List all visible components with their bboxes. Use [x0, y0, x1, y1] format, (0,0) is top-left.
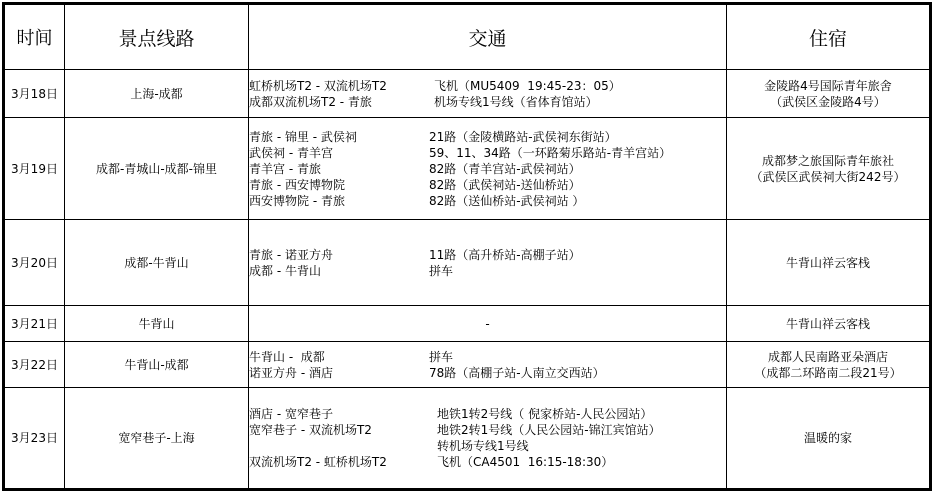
header-transport: 交通: [249, 4, 727, 70]
lodging-name: 牛背山祥云客栈: [727, 316, 929, 332]
transport-mode: 拼车: [429, 263, 453, 279]
lodging-cell: 成都人民南路亚朵酒店 （成都二环路南二段21号）: [727, 342, 931, 388]
date-cell: 3月23日: [4, 388, 65, 490]
transport-mode: 82路（青羊宫站-武侯祠站）: [429, 161, 581, 177]
table-row: 3月21日 牛背山 - 牛背山祥云客栈: [4, 306, 931, 342]
transport-cell: 酒店 - 宽窄巷子 地铁1转2号线（ 倪家桥站-人民公园站） 宽窄巷子 - 双流…: [249, 388, 727, 490]
transport-from-to: 成都双流机场T2 - 青旅: [249, 94, 434, 110]
lodging-cell: 温暖的家: [727, 388, 931, 490]
transport-mode: 78路（高棚子站-人南立交西站）: [429, 365, 605, 381]
route-cell: 成都-牛背山: [65, 220, 249, 306]
transport-mode: 地铁2转1号线（人民公园站-锦江宾馆站）: [437, 422, 661, 438]
transport-mode: 飞机（MU5409 19:45-23：05）: [434, 78, 621, 94]
transport-mode: 59、11、34路（一环路菊乐路站-青羊宫站）: [429, 145, 671, 161]
table-row: 3月20日 成都-牛背山 青旅 - 诺亚方舟 11路（高升桥站-高棚子站） 成都…: [4, 220, 931, 306]
date-cell: 3月21日: [4, 306, 65, 342]
table-row: 3月18日 上海-成都 虹桥机场T2 - 双流机场T2 飞机（MU5409 19…: [4, 70, 931, 118]
route-cell: 成都-青城山-成都-锦里: [65, 118, 249, 220]
transport-mode: 82路（武侯祠站-送仙桥站）: [429, 177, 581, 193]
lodging-cell: 牛背山祥云客栈: [727, 220, 931, 306]
lodging-address: （武侯区金陵路4号）: [727, 94, 929, 110]
transport-line: 成都双流机场T2 - 青旅 机场专线1号线（省体育馆站）: [249, 94, 726, 110]
transport-line: 武侯祠 - 青羊宫 59、11、34路（一环路菊乐路站-青羊宫站）: [249, 145, 726, 161]
transport-mode: 飞机（CA4501 16:15-18:30）: [437, 454, 613, 470]
transport-line: 虹桥机场T2 - 双流机场T2 飞机（MU5409 19:45-23：05）: [249, 78, 726, 94]
lodging-address: （成都二环路南二段21号）: [727, 365, 929, 381]
route-cell: 牛背山: [65, 306, 249, 342]
date-cell: 3月19日: [4, 118, 65, 220]
transport-cell: 青旅 - 锦里 - 武侯祠 21路（金陵横路站-武侯祠东街站） 武侯祠 - 青羊…: [249, 118, 727, 220]
transport-from-to: 诺亚方舟 - 酒店: [249, 365, 429, 381]
transport-from-to: 酒店 - 宽窄巷子: [249, 406, 437, 422]
transport-mode: 机场专线1号线（省体育馆站）: [434, 94, 598, 110]
itinerary-table: 时间 景点线路 交通 住宿 3月18日 上海-成都 虹桥机场T2 - 双流机场T…: [2, 2, 932, 491]
transport-cell: 青旅 - 诺亚方舟 11路（高升桥站-高棚子站） 成都 - 牛背山 拼车: [249, 220, 727, 306]
lodging-cell: 成都梦之旅国际青年旅社 （武侯区武侯祠大街242号）: [727, 118, 931, 220]
lodging-name: 牛背山祥云客栈: [727, 255, 929, 271]
transport-mode: 转机场专线1号线: [437, 438, 529, 454]
table-row: 3月23日 宽窄巷子-上海 酒店 - 宽窄巷子 地铁1转2号线（ 倪家桥站-人民…: [4, 388, 931, 490]
transport-line: 酒店 - 宽窄巷子 地铁1转2号线（ 倪家桥站-人民公园站）: [249, 406, 726, 422]
transport-from-to: 青羊宫 - 青旅: [249, 161, 429, 177]
header-row: 时间 景点线路 交通 住宿: [4, 4, 931, 70]
header-route: 景点线路: [65, 4, 249, 70]
lodging-cell: 牛背山祥云客栈: [727, 306, 931, 342]
transport-line: 成都 - 牛背山 拼车: [249, 263, 726, 279]
table-row: 3月19日 成都-青城山-成都-锦里 青旅 - 锦里 - 武侯祠 21路（金陵横…: [4, 118, 931, 220]
transport-line: 西安博物院 - 青旅 82路（送仙桥站-武侯祠站 ）: [249, 193, 726, 209]
transport-from-to: [249, 438, 437, 454]
transport-line: 诺亚方舟 - 酒店 78路（高棚子站-人南立交西站）: [249, 365, 726, 381]
transport-mode: 11路（高升桥站-高棚子站）: [429, 247, 581, 263]
transport-from-to: 武侯祠 - 青羊宫: [249, 145, 429, 161]
transport-line: 转机场专线1号线: [249, 438, 726, 454]
date-cell: 3月20日: [4, 220, 65, 306]
transport-from-to: 成都 - 牛背山: [249, 263, 429, 279]
date-cell: 3月18日: [4, 70, 65, 118]
transport-cell: -: [249, 306, 727, 342]
transport-line: 双流机场T2 - 虹桥机场T2 飞机（CA4501 16:15-18:30）: [249, 454, 726, 470]
lodging-address: （武侯区武侯祠大街242号）: [727, 169, 929, 185]
header-time: 时间: [4, 4, 65, 70]
transport-cell: 虹桥机场T2 - 双流机场T2 飞机（MU5409 19:45-23：05） 成…: [249, 70, 727, 118]
transport-from-to: 青旅 - 西安博物院: [249, 177, 429, 193]
transport-line: 宽窄巷子 - 双流机场T2 地铁2转1号线（人民公园站-锦江宾馆站）: [249, 422, 726, 438]
route-cell: 上海-成都: [65, 70, 249, 118]
route-cell: 牛背山-成都: [65, 342, 249, 388]
transport-from-to: 牛背山 - 成都: [249, 349, 429, 365]
lodging-cell: 金陵路4号国际青年旅舍 （武侯区金陵路4号）: [727, 70, 931, 118]
lodging-name: 成都梦之旅国际青年旅社: [727, 153, 929, 169]
transport-line: 青羊宫 - 青旅 82路（青羊宫站-武侯祠站）: [249, 161, 726, 177]
transport-mode: 拼车: [429, 349, 453, 365]
transport-mode: 地铁1转2号线（ 倪家桥站-人民公园站）: [437, 406, 652, 422]
transport-line: 青旅 - 诺亚方舟 11路（高升桥站-高棚子站）: [249, 247, 726, 263]
transport-from-to: 双流机场T2 - 虹桥机场T2: [249, 454, 437, 470]
lodging-name: 金陵路4号国际青年旅舍: [727, 78, 929, 94]
transport-mode: 82路（送仙桥站-武侯祠站 ）: [429, 193, 584, 209]
lodging-name: 成都人民南路亚朵酒店: [727, 349, 929, 365]
transport-from-to: 西安博物院 - 青旅: [249, 193, 429, 209]
lodging-name: 温暖的家: [727, 430, 929, 446]
transport-line: 青旅 - 西安博物院 82路（武侯祠站-送仙桥站）: [249, 177, 726, 193]
transport-line: 牛背山 - 成都 拼车: [249, 349, 726, 365]
transport-from-to: 青旅 - 锦里 - 武侯祠: [249, 129, 429, 145]
route-cell: 宽窄巷子-上海: [65, 388, 249, 490]
transport-line: 青旅 - 锦里 - 武侯祠 21路（金陵横路站-武侯祠东街站）: [249, 129, 726, 145]
transport-cell: 牛背山 - 成都 拼车 诺亚方舟 - 酒店 78路（高棚子站-人南立交西站）: [249, 342, 727, 388]
table-row: 3月22日 牛背山-成都 牛背山 - 成都 拼车 诺亚方舟 - 酒店 78路（高…: [4, 342, 931, 388]
date-cell: 3月22日: [4, 342, 65, 388]
transport-from-to: 青旅 - 诺亚方舟: [249, 247, 429, 263]
transport-from-to: 虹桥机场T2 - 双流机场T2: [249, 78, 434, 94]
transport-mode: 21路（金陵横路站-武侯祠东街站）: [429, 129, 617, 145]
transport-from-to: 宽窄巷子 - 双流机场T2: [249, 422, 437, 438]
header-lodging: 住宿: [727, 4, 931, 70]
